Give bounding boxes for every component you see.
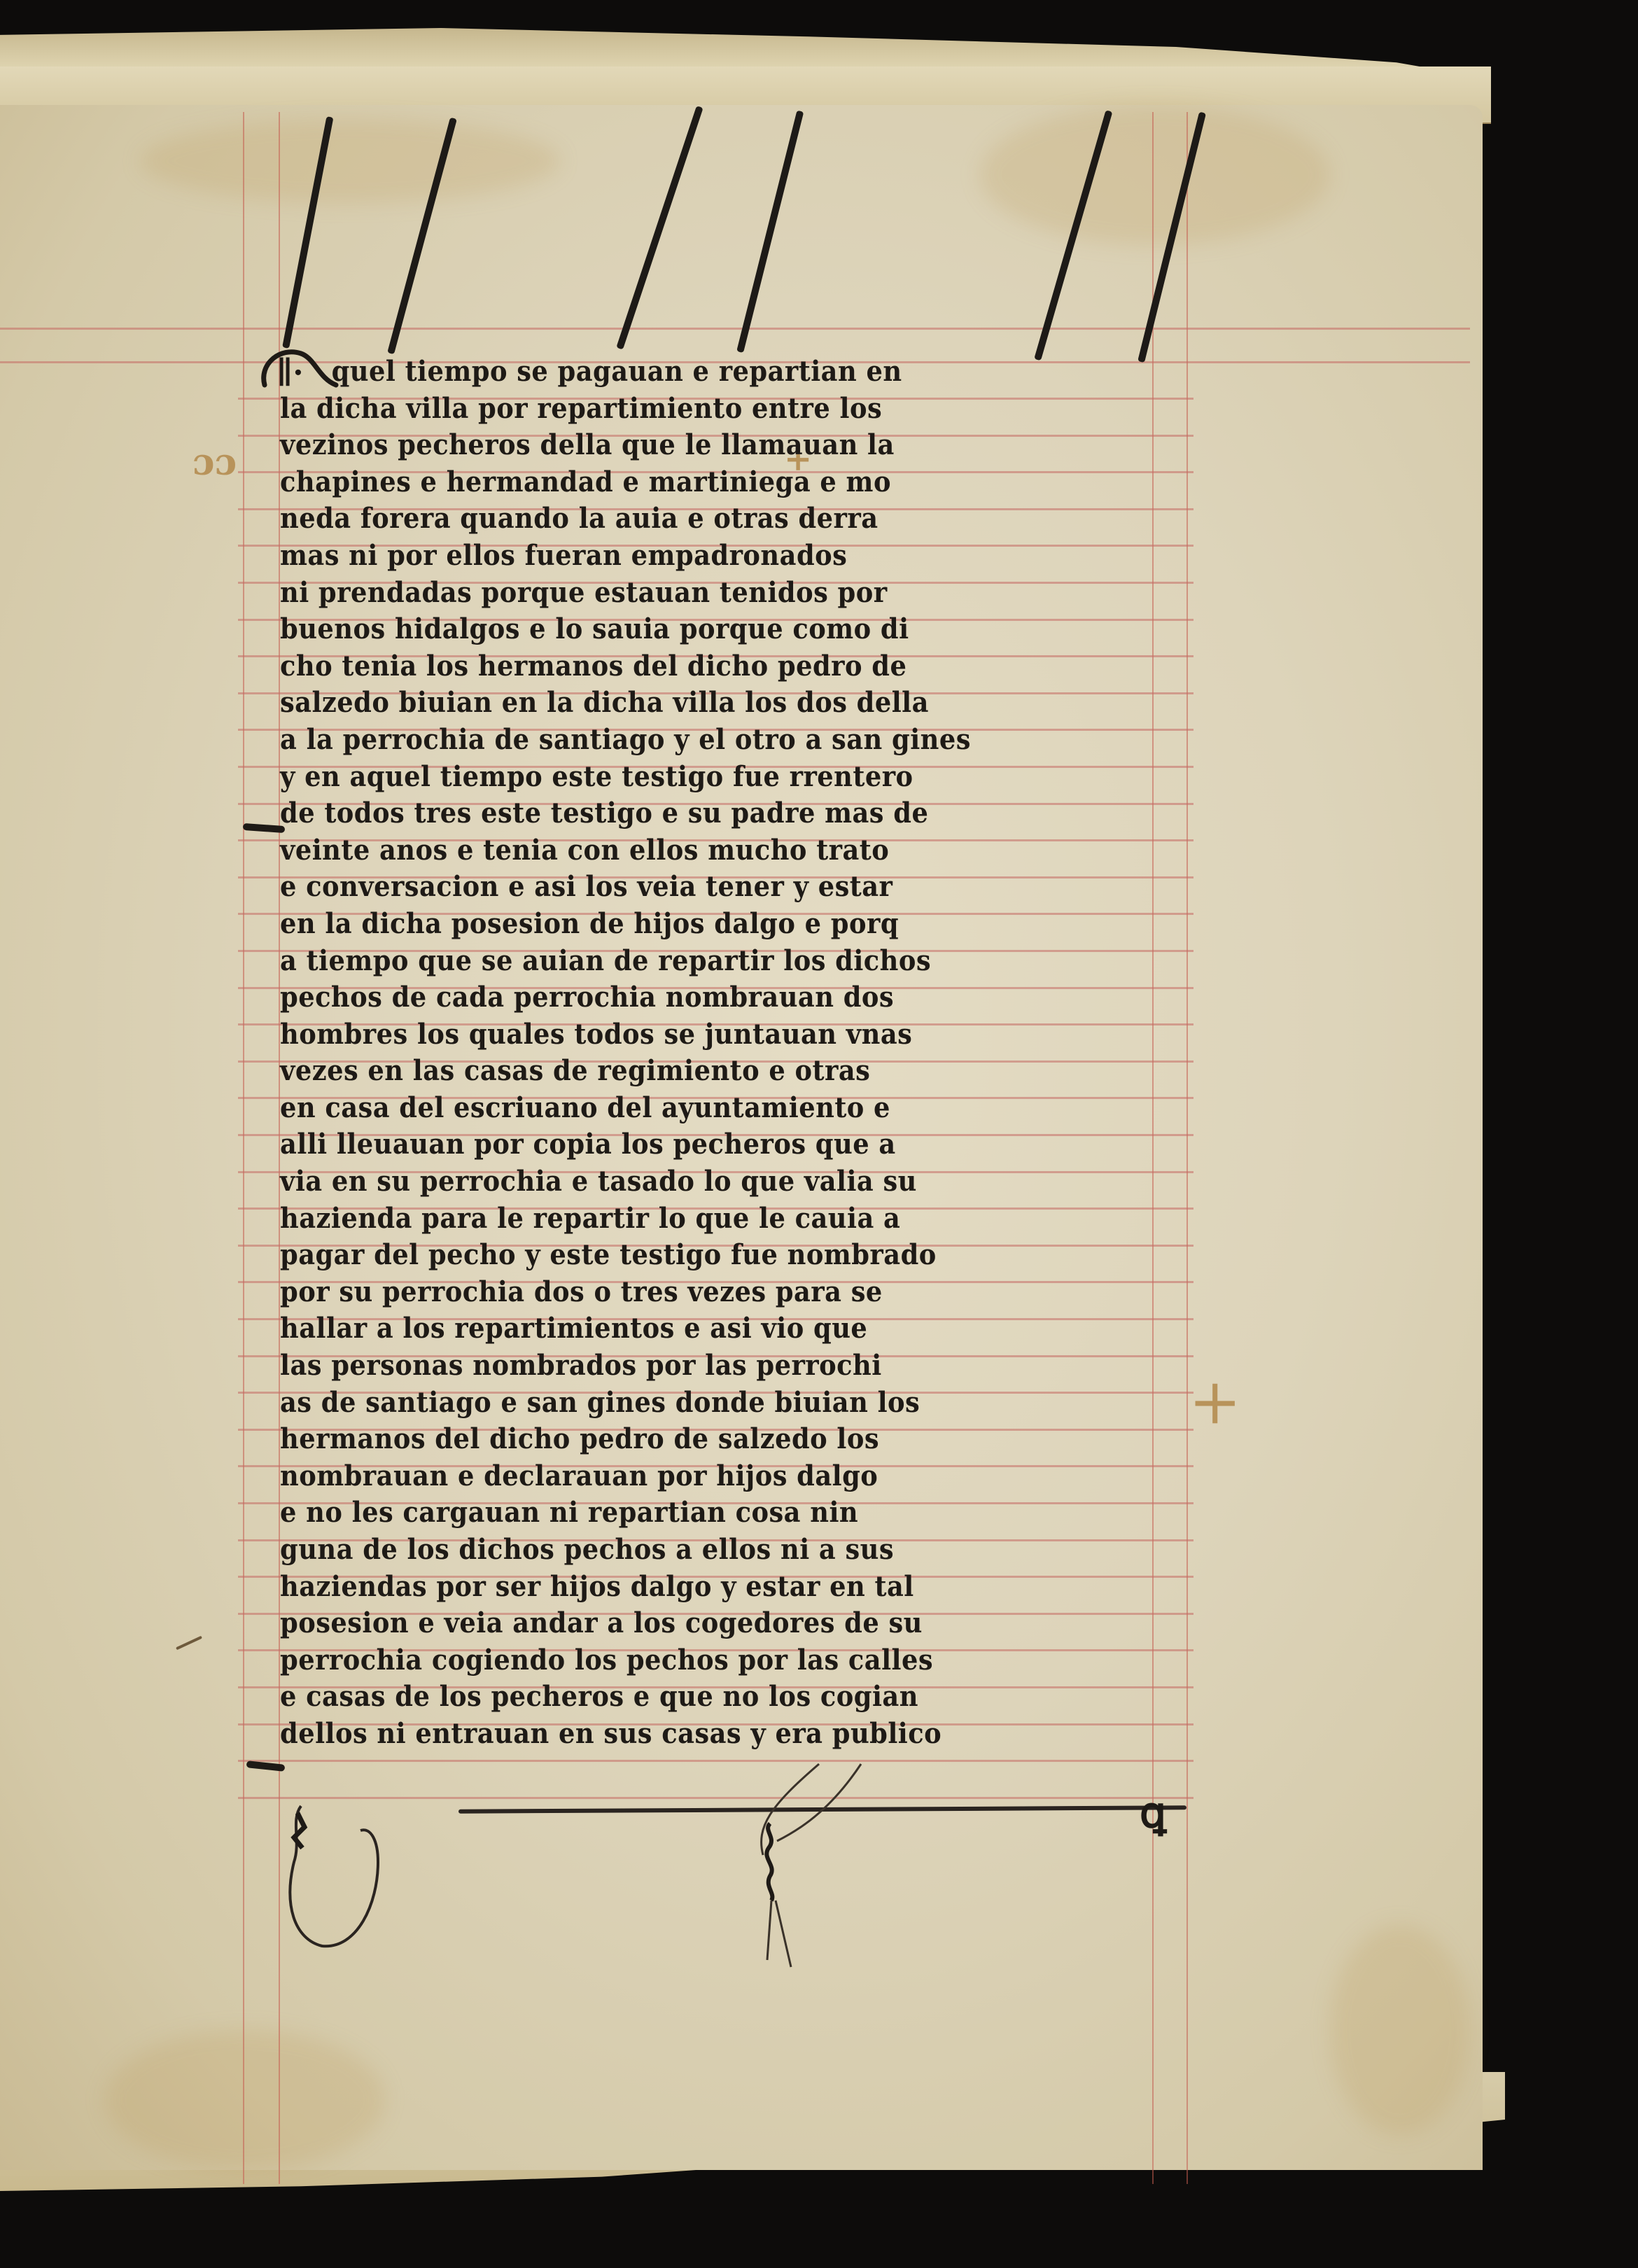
text-line: dellos ni entrauan en sus casas y era pu…	[280, 1716, 1123, 1753]
ruling-top-1	[0, 328, 1470, 330]
text-line: hazienda para le repartir lo que le caui…	[280, 1200, 1123, 1238]
text-line: ni prendadas porque estauan tenidos por	[280, 575, 1123, 612]
text-line: en casa del escriuano del ayuntamiento e	[280, 1090, 1123, 1127]
foxing-stain	[980, 105, 1330, 245]
text-ruling-line	[238, 1760, 1193, 1762]
text-line: por su perrochia dos o tres vezes para s…	[280, 1274, 1123, 1311]
text-line: pagar del pecho y este testigo fue nombr…	[280, 1237, 1123, 1274]
text-line: a la perrochia de santiago y el otro a s…	[280, 722, 1123, 759]
text-line: nombrauan e declarauan por hijos dalgo	[280, 1458, 1123, 1495]
text-line: neda forera quando la auia e otras derra	[280, 500, 1123, 538]
text-line: las personas nombrados por las perrochi	[280, 1347, 1123, 1385]
text-line: guna de los dichos pechos a ellos ni a s…	[280, 1532, 1123, 1569]
text-line: cho tenia los hermanos del dicho pedro d…	[280, 648, 1123, 685]
closing-mark: ꝗ	[1140, 1788, 1166, 1837]
text-line: quel tiempo se pagauan e repartian en	[280, 353, 1123, 391]
text-line: as de santiago e san gines donde biuian …	[280, 1385, 1123, 1422]
text-line: e casas de los pecheros e que no los cog…	[280, 1679, 1123, 1716]
text-line: veinte anos e tenia con ellos mucho trat…	[280, 832, 1123, 869]
text-line: mas ni por ellos fueran empadronados	[280, 538, 1123, 575]
text-line: vezes en las casas de regimiento e otras	[280, 1053, 1123, 1090]
text-line: haziendas por ser hijos dalgo y estar en…	[280, 1569, 1123, 1606]
text-line: salzedo biuian en la dicha villa los dos…	[280, 685, 1123, 722]
text-line: chapines e hermandad e martiniega e mo	[280, 464, 1123, 501]
foxing-stain	[105, 2030, 385, 2170]
text-line: hallar a los repartimientos e asi vio qu…	[280, 1310, 1123, 1347]
text-line: vezinos pecheros della que le llamauan l…	[280, 427, 1123, 464]
text-line: y en aquel tiempo este testigo fue rrent…	[280, 759, 1123, 796]
ruling-left-outer	[243, 112, 244, 2184]
text-line: perrochia cogiendo los pechos por las ca…	[280, 1642, 1123, 1679]
manuscript-text-body: quel tiempo se pagauan e repartian enla …	[280, 353, 1197, 1753]
text-line: a tiempo que se auian de repartir los di…	[280, 943, 1123, 980]
text-line: en la dicha posesion de hijos dalgo e po…	[280, 906, 1123, 943]
signature-rubric-center	[721, 1750, 896, 1974]
text-line: e conversacion e asi los veia tener y es…	[280, 869, 1123, 906]
text-line: posesion e veia andar a los cogedores de…	[280, 1605, 1123, 1642]
signature-flourish-left	[273, 1799, 455, 1981]
text-line: hermanos del dicho pedro de salzedo los	[280, 1421, 1123, 1458]
text-line: e no les cargauan ni repartian cosa nin	[280, 1494, 1123, 1532]
text-line: de todos tres este testigo e su padre ma…	[280, 795, 1123, 832]
text-line: buenos hidalgos e lo sauia porque como d…	[280, 611, 1123, 648]
text-line: la dicha villa por repartimiento entre l…	[280, 391, 1123, 428]
foxing-stain	[140, 119, 560, 203]
margin-note-left: ɔɔ	[192, 441, 237, 484]
text-line: pechos de cada perrochia nombrauan dos	[280, 979, 1123, 1016]
text-line: hombres los quales todos se juntauan vna…	[280, 1016, 1123, 1053]
text-line: via en su perrochia e tasado lo que vali…	[280, 1163, 1123, 1200]
text-line: alli lleuauan por copia los pecheros que…	[280, 1126, 1123, 1163]
foxing-stain	[1330, 1925, 1470, 2135]
